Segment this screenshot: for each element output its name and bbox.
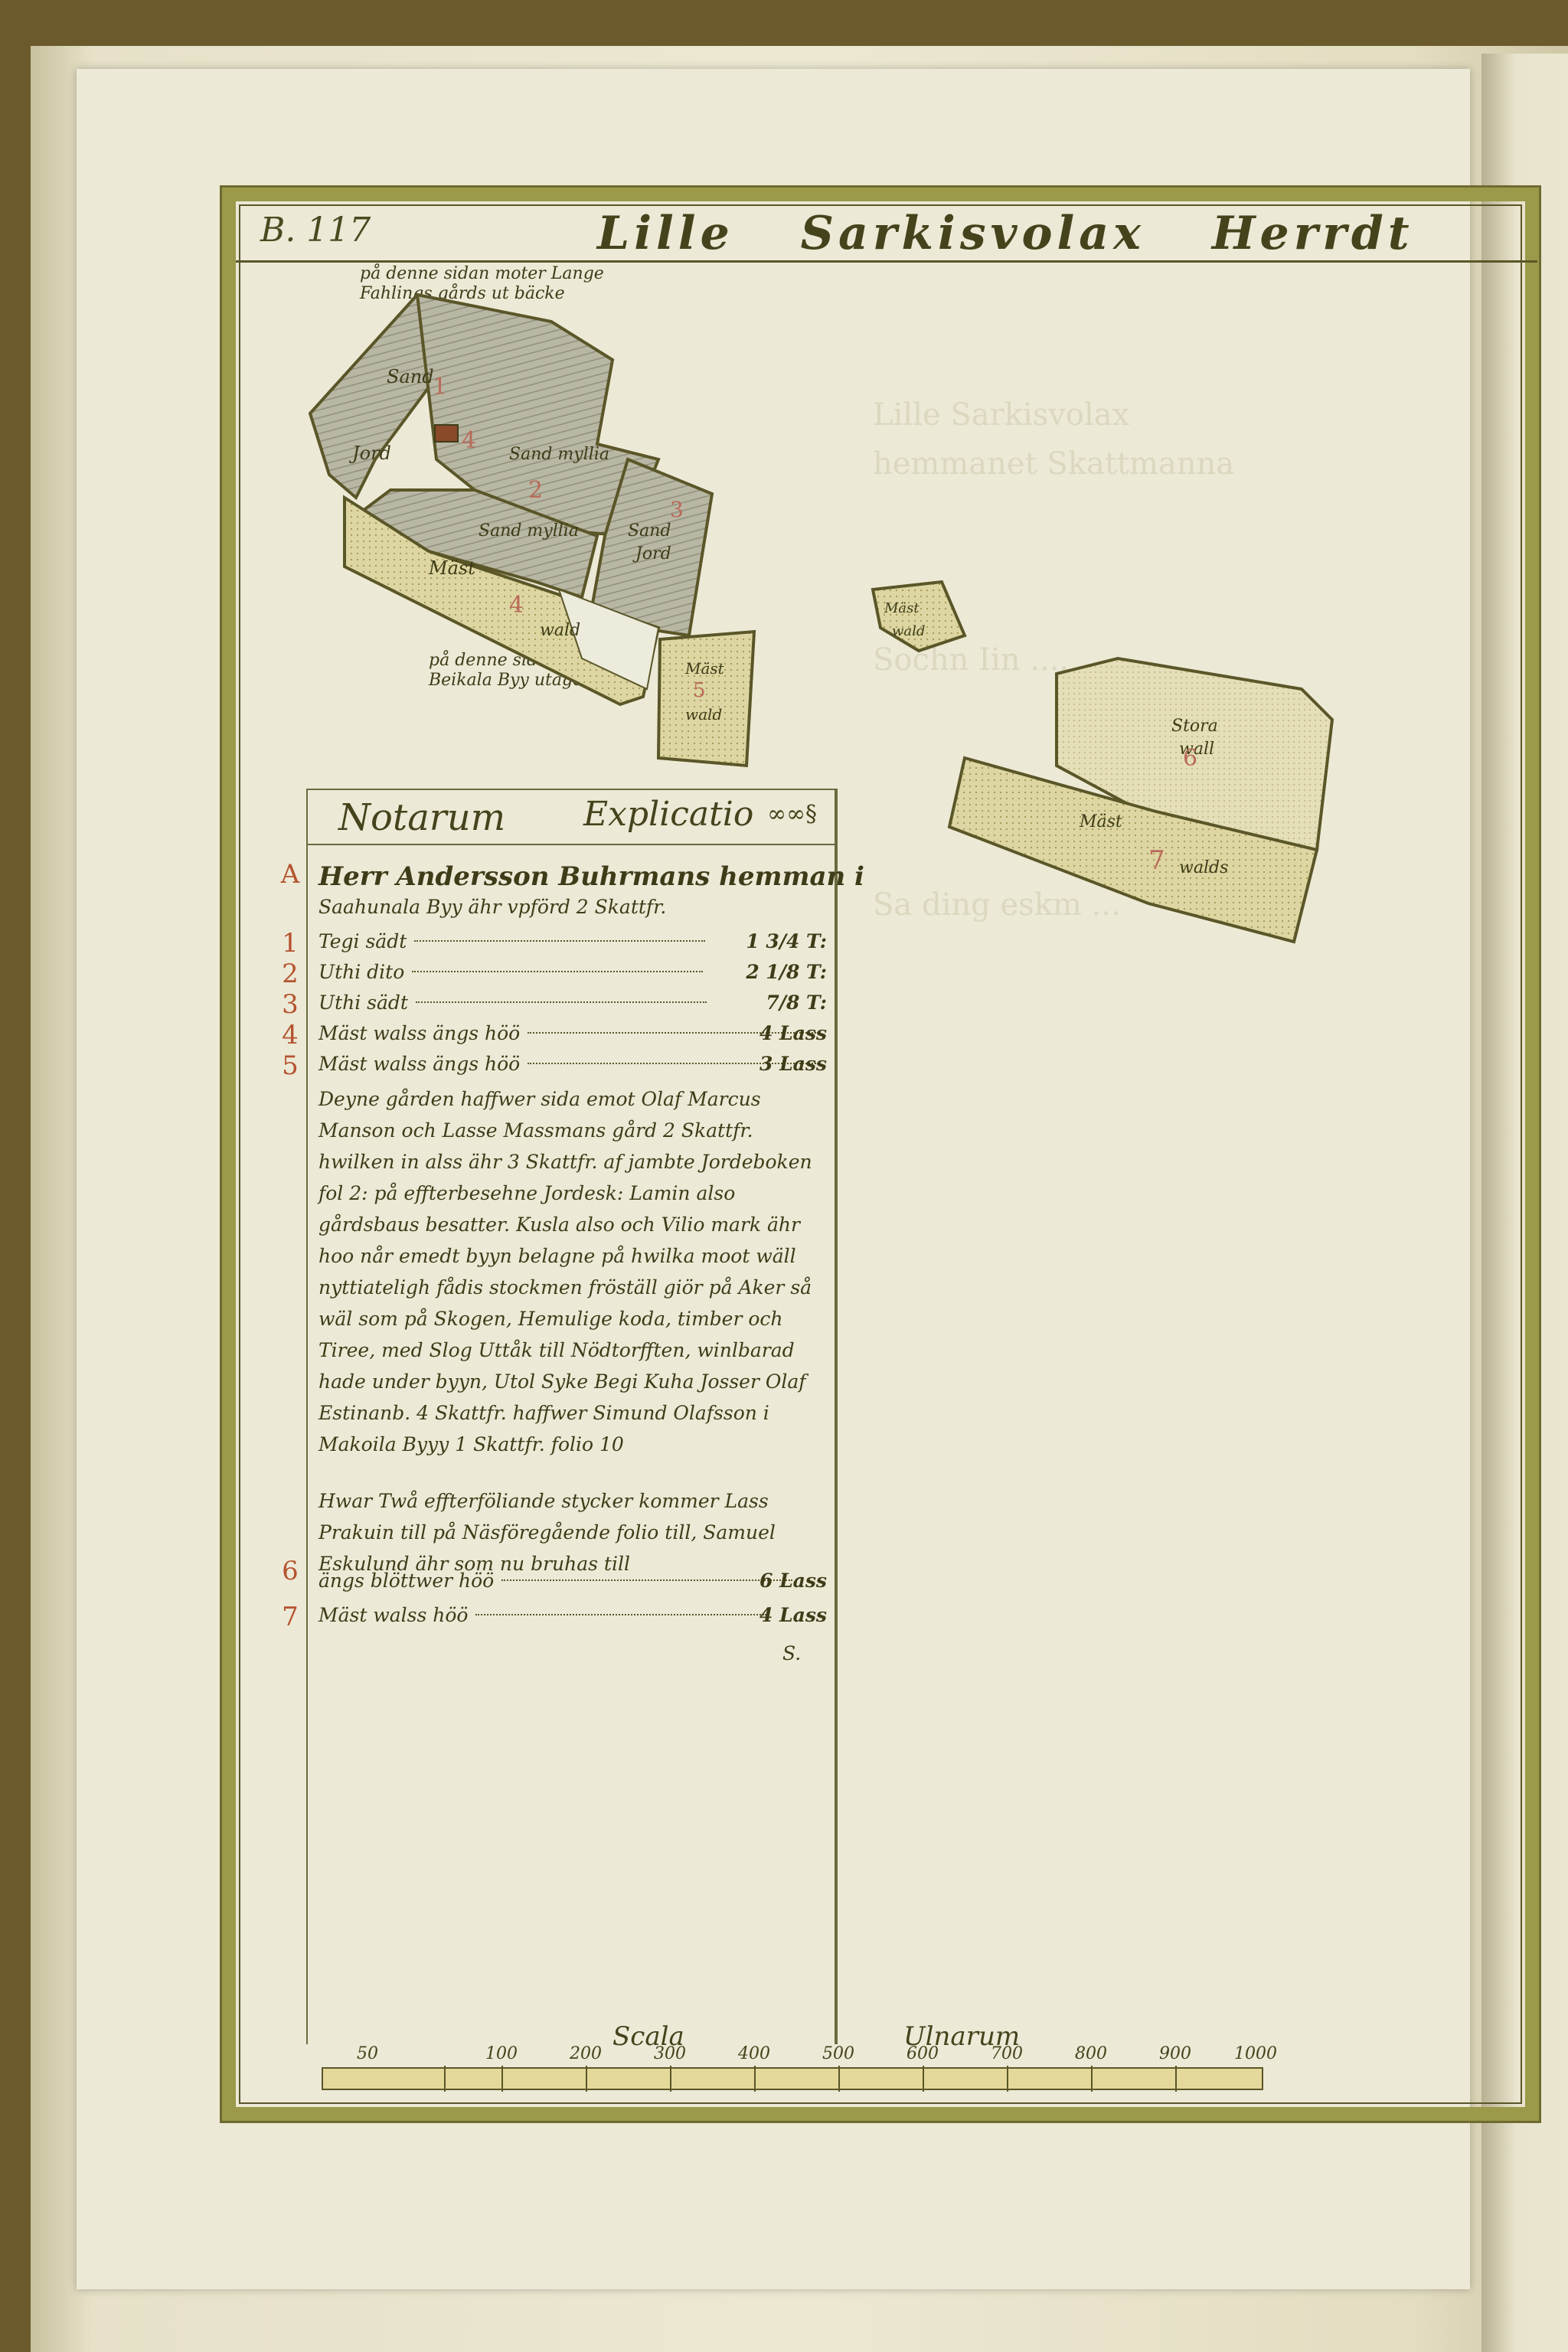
- scale-tick: 400: [738, 2044, 770, 2063]
- row-marker: 1: [277, 928, 303, 959]
- svg-text:Sand myllia: Sand myllia: [479, 521, 579, 541]
- svg-text:Mäst: Mäst: [428, 557, 475, 579]
- scale-bar: Scala Ulnarum 50 100 200 300 400 500 600…: [322, 2021, 1271, 2098]
- row-marker: 5: [277, 1050, 303, 1081]
- scale-tick: 500: [822, 2044, 854, 2063]
- row-marker: 3: [277, 989, 303, 1020]
- ornament-icon: ∞∞§: [767, 801, 817, 828]
- scale-tick: 900: [1159, 2044, 1191, 2063]
- end-mark: S.: [782, 1642, 813, 1664]
- legend-row: ängs blöttwer höö6 Lass: [318, 1570, 831, 1592]
- svg-text:Mäst: Mäst: [684, 659, 725, 678]
- parcel-small: [873, 582, 965, 651]
- svg-text:2: 2: [528, 477, 543, 504]
- legend-row: Mäst walss ängs höö4 Lass: [318, 1022, 831, 1044]
- svg-text:Mäst: Mäst: [1079, 812, 1122, 831]
- svg-text:3: 3: [670, 497, 684, 522]
- row-marker: 7: [277, 1602, 303, 1632]
- svg-text:7: 7: [1148, 845, 1165, 876]
- svg-text:6: 6: [1183, 745, 1197, 772]
- legend-heading: Herr Andersson Buhrmans hemman i: [318, 861, 831, 892]
- svg-text:1: 1: [433, 374, 447, 400]
- legend-header-notarum: Notarum: [338, 796, 505, 839]
- legend-row: Mäst walss ängs höö3 Lass: [318, 1053, 831, 1075]
- scale-tick: 1000: [1234, 2044, 1277, 2063]
- legend-paragraph: Deyne gården haffwer sida emot Olaf Marc…: [318, 1083, 824, 1460]
- svg-text:4: 4: [509, 592, 524, 619]
- legend-row: Tegi sädt1 3/4 T:: [318, 930, 831, 952]
- scale-tick: 50: [357, 2044, 378, 2063]
- legend-subheading: Saahunala Byy ähr vpförd 2 Skattfr.: [318, 896, 831, 918]
- row-marker: 4: [277, 1020, 303, 1050]
- row-marker: 6: [277, 1556, 303, 1586]
- svg-text:Sand myllia: Sand myllia: [509, 445, 609, 464]
- legend-paragraph-2: Hwar Twå effterföliande stycker kommer L…: [318, 1485, 824, 1579]
- svg-text:Stora: Stora: [1171, 717, 1218, 736]
- scale-tick: 100: [485, 2044, 518, 2063]
- svg-text:Sand: Sand: [387, 366, 434, 387]
- scale-ruler: [322, 2067, 1263, 2090]
- svg-text:Mäst: Mäst: [884, 600, 920, 616]
- svg-text:wald: wald: [892, 623, 925, 639]
- svg-text:wald: wald: [685, 705, 722, 724]
- farmhouse-icon: [435, 425, 458, 442]
- row-marker: 2: [277, 959, 303, 989]
- legend-header-explicatio: Explicatio: [583, 795, 753, 834]
- legend-row: Uthi dito2 1/8 T:: [318, 961, 831, 983]
- svg-text:Sand: Sand: [628, 521, 671, 541]
- scale-tick: 800: [1075, 2044, 1107, 2063]
- scale-tick: 600: [906, 2044, 939, 2063]
- svg-text:4: 4: [462, 427, 476, 454]
- svg-text:5: 5: [693, 679, 706, 702]
- legend-header: Notarum Explicatio ∞∞§: [308, 789, 836, 845]
- legend-row: Uthi sädt7/8 T:: [318, 991, 831, 1014]
- parcel-5: [658, 632, 754, 766]
- scale-tick: 700: [991, 2044, 1023, 2063]
- marker-A: A: [277, 859, 303, 890]
- svg-text:Jord: Jord: [632, 544, 671, 563]
- svg-text:Jord: Jord: [348, 443, 391, 464]
- scale-tick: 200: [570, 2044, 602, 2063]
- svg-text:wald: wald: [540, 621, 580, 640]
- legend-table: Notarum Explicatio ∞∞§ A Herr Andersson …: [306, 789, 838, 2044]
- scale-tick: 300: [654, 2044, 686, 2063]
- legend-row: Mäst walss höö4 Lass: [318, 1604, 831, 1626]
- svg-text:walds: walds: [1179, 858, 1228, 877]
